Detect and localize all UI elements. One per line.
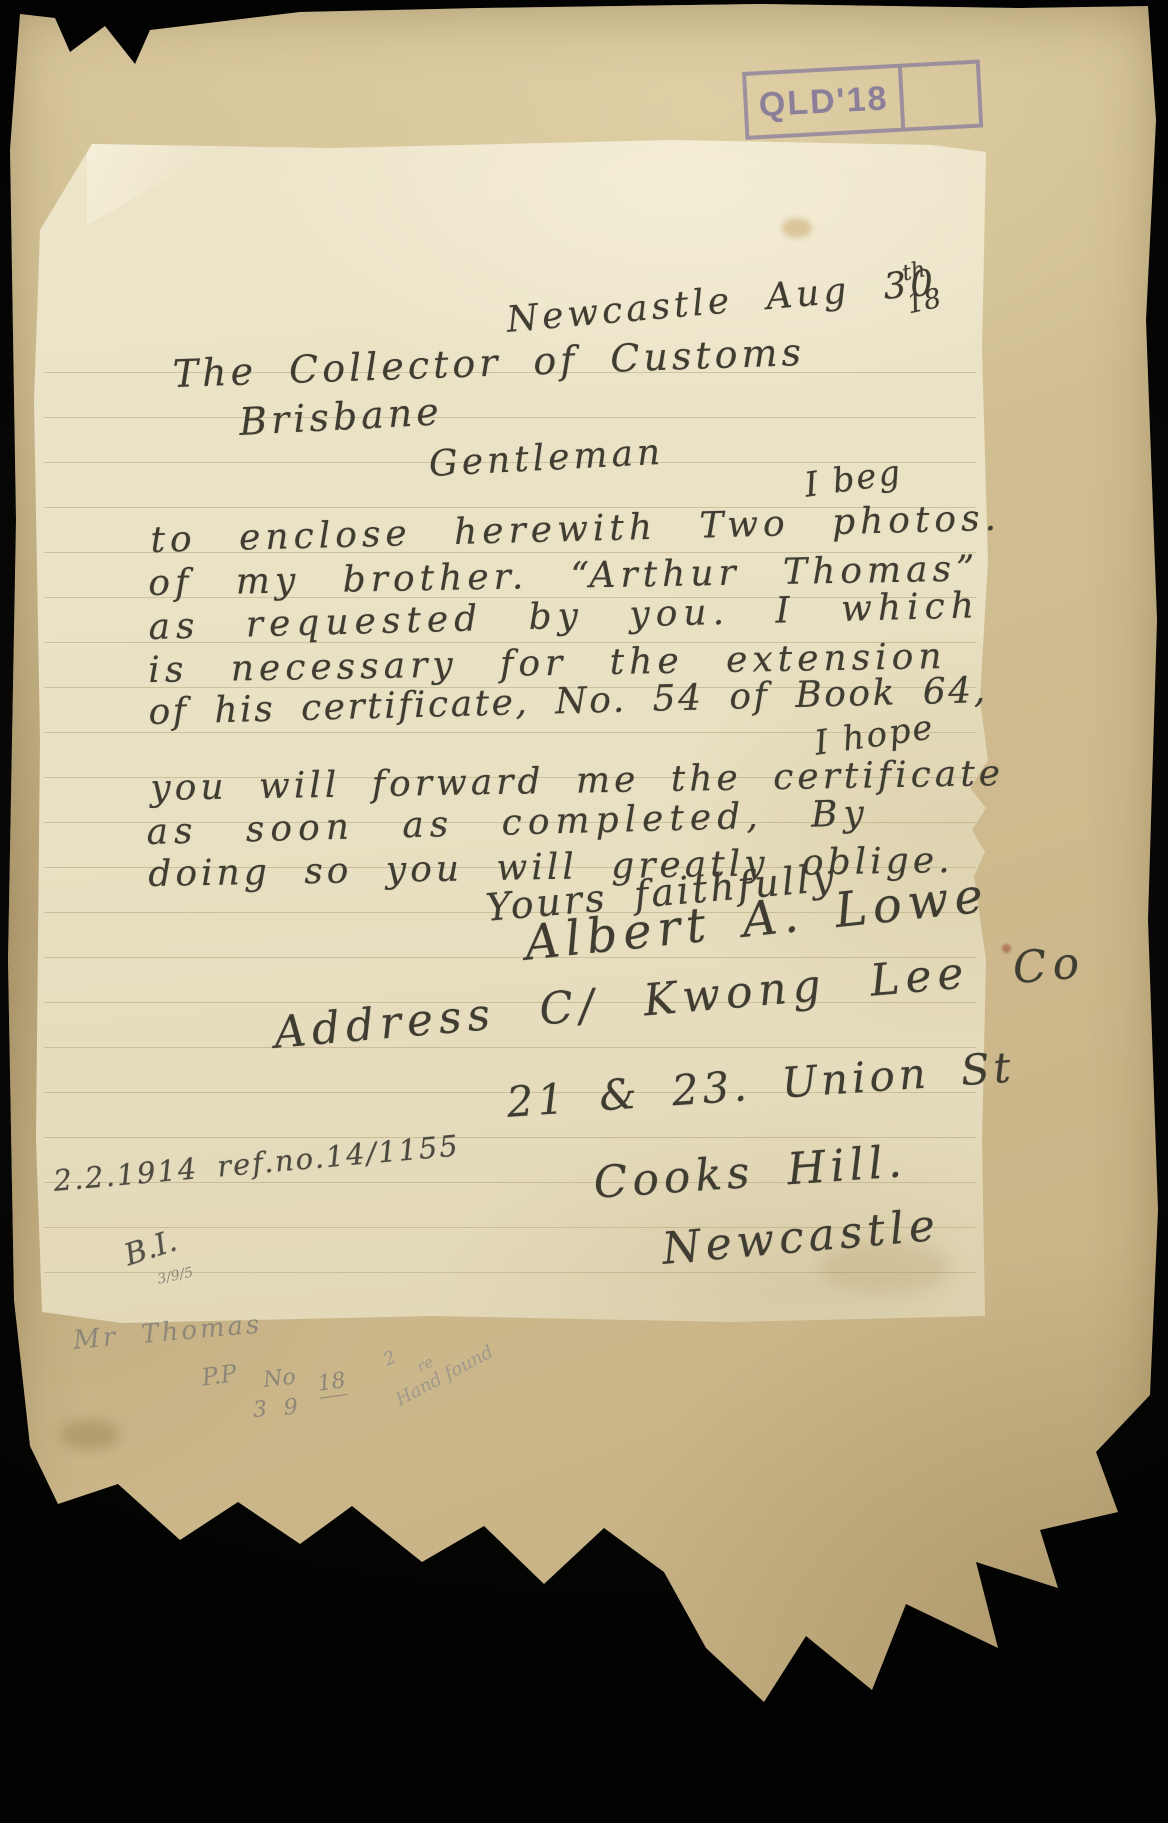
stain [60,1420,120,1450]
stamp-label: QLD'18 [746,68,905,136]
rubber-stamp: QLD'18 [742,60,983,140]
document-scan: QLD'18 Newcastle Aug 30 th 18 The Collec… [0,0,1168,1823]
fold-corner [87,140,237,225]
stamp-empty-box [902,64,979,128]
pp-annotation: P.P [200,1359,239,1392]
date-superscript: th [900,257,928,286]
number-label: No [262,1365,297,1393]
stain [782,218,812,238]
number-year: 18 [316,1368,347,1399]
number-value: 3 9 [252,1395,304,1423]
